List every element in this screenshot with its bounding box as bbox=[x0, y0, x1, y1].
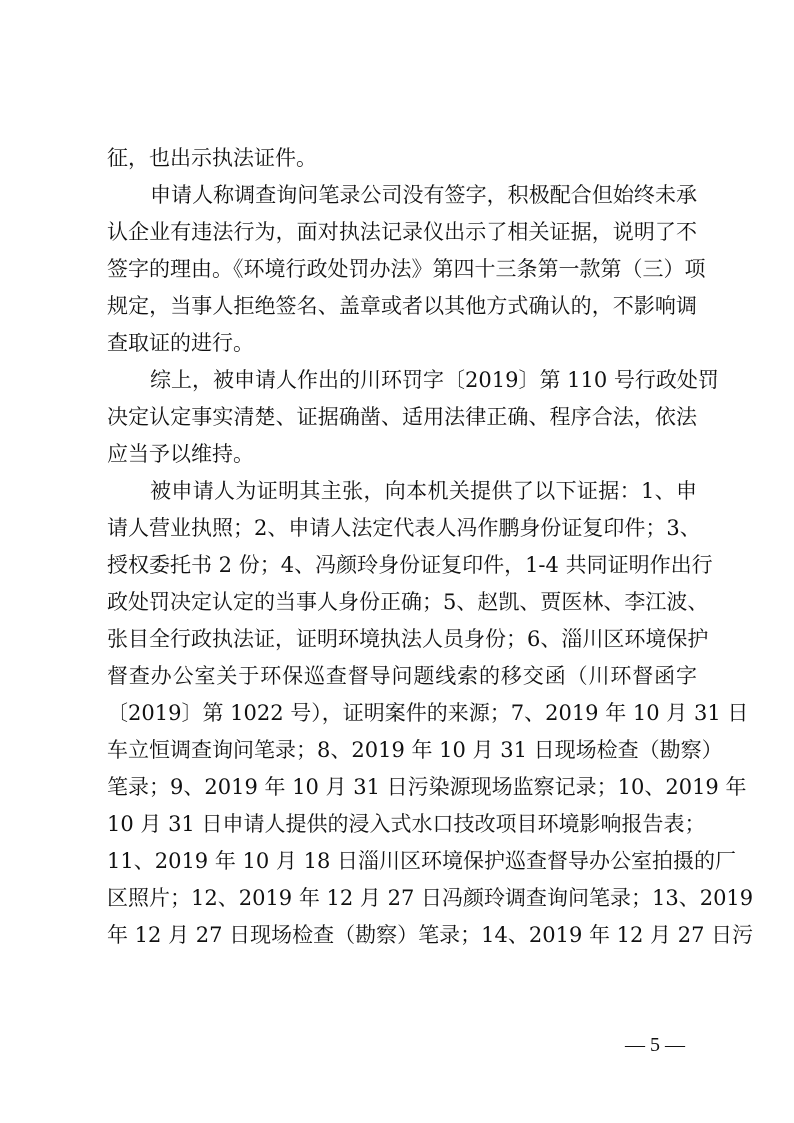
text-line: 申请人称调查询问笔录公司没有签字，积极配合但始终未承 bbox=[107, 177, 697, 214]
text-line: 〔2019〕第 1022 号），证明案件的来源；7、2019 年 10 月 31… bbox=[107, 695, 697, 732]
text-line: 张目全行政执法证，证明环境执法人员身份；6、淄川区环境保护 bbox=[107, 621, 697, 658]
text-line: 10 月 31 日申请人提供的浸入式水口技改项目环境影响报告表； bbox=[107, 806, 697, 843]
text-line: 综上，被申请人作出的川环罚字〔2019〕第 110 号行政处罚 bbox=[107, 362, 697, 399]
text-line: 区照片；12、2019 年 12 月 27 日冯颜玲调查询问笔录；13、2019 bbox=[107, 880, 697, 917]
text-line: 督查办公室关于环保巡查督导问题线索的移交函（川环督函字 bbox=[107, 658, 697, 695]
text-line: 被申请人为证明其主张，向本机关提供了以下证据：1、申 bbox=[107, 473, 697, 510]
text-line: 授权委托书 2 份；4、冯颜玲身份证复印件，1-4 共同证明作出行 bbox=[107, 547, 697, 584]
text-line: 政处罚决定认定的当事人身份正确；5、赵凯、贾医林、李江波、 bbox=[107, 584, 697, 621]
text-line: 应当予以维持。 bbox=[107, 436, 697, 473]
text-line: 年 12 月 27 日现场检查（勘察）笔录；14、2019 年 12 月 27 … bbox=[107, 917, 697, 954]
text-line: 笔录；9、2019 年 10 月 31 日污染源现场监察记录；10、2019 年 bbox=[107, 769, 697, 806]
text-line: 请人营业执照；2、申请人法定代表人冯作鹏身份证复印件；3、 bbox=[107, 510, 697, 547]
text-line: 查取证的进行。 bbox=[107, 325, 697, 362]
text-line: 决定认定事实清楚、证据确凿、适用法律正确、程序合法，依法 bbox=[107, 399, 697, 436]
text-line: 规定，当事人拒绝签名、盖章或者以其他方式确认的，不影响调 bbox=[107, 288, 697, 325]
text-line: 征，也出示执法证件。 bbox=[107, 140, 697, 177]
text-line: 11、2019 年 10 月 18 日淄川区环境保护巡查督导办公室拍摄的厂 bbox=[107, 843, 697, 880]
page-number: — 5 — bbox=[625, 1034, 685, 1057]
document-body: 征，也出示执法证件。 申请人称调查询问笔录公司没有签字，积极配合但始终未承 认企… bbox=[107, 140, 697, 954]
text-line: 签字的理由。《环境行政处罚办法》第四十三条第一款第（三）项 bbox=[107, 251, 697, 288]
text-line: 认企业有违法行为，面对执法记录仪出示了相关证据，说明了不 bbox=[107, 214, 697, 251]
text-line: 车立恒调查询问笔录；8、2019 年 10 月 31 日现场检查（勘察） bbox=[107, 732, 697, 769]
